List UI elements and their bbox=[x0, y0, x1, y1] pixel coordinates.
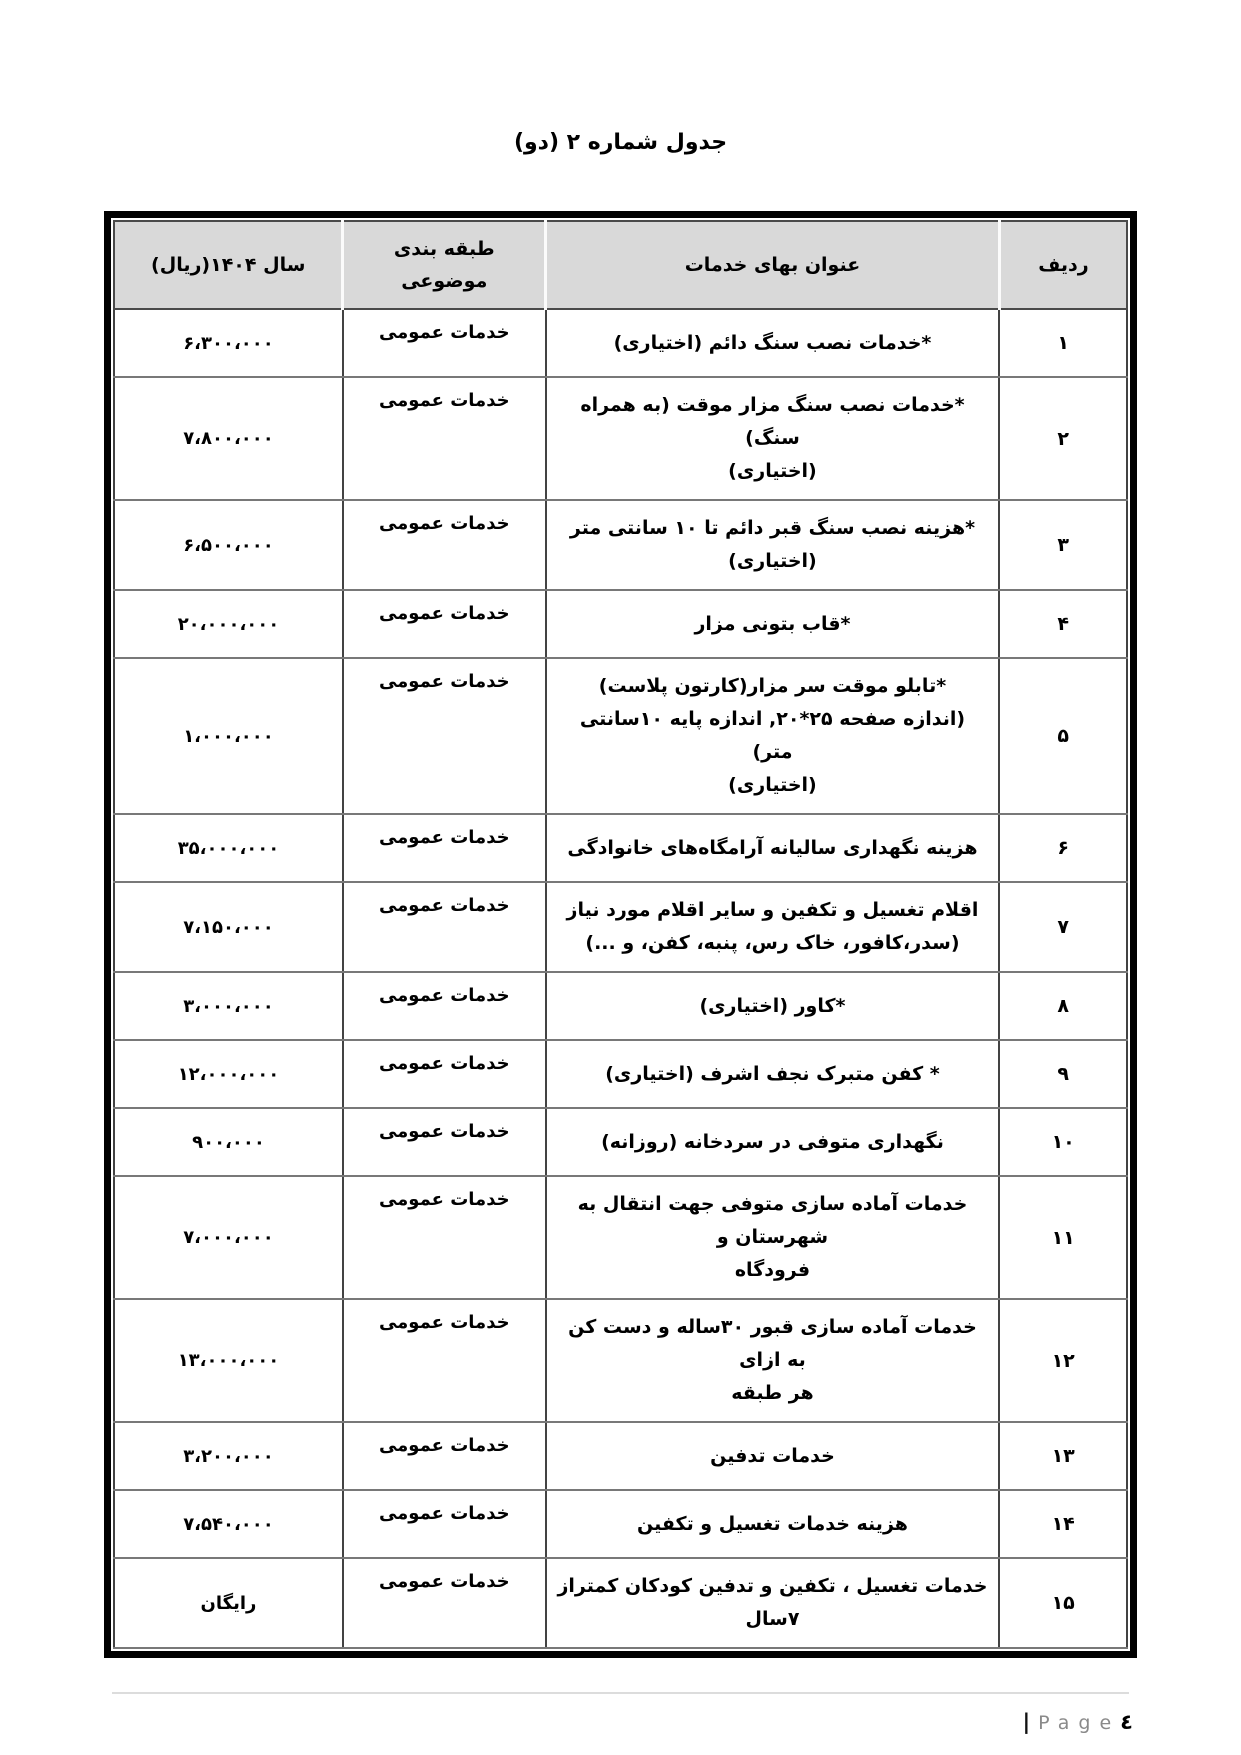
table-row: ۱۵خدمات تغسیل ، تکفین و تدفین کودکان کمت… bbox=[114, 1558, 1127, 1648]
cell-classification: خدمات عمومی bbox=[343, 309, 546, 377]
page-title: جدول شماره ۲ (دو) bbox=[104, 130, 1137, 155]
cell-classification: خدمات عمومی bbox=[343, 1422, 546, 1490]
cell-price: رایگان bbox=[114, 1558, 343, 1648]
cell-row-number: ۸ bbox=[999, 972, 1127, 1040]
cell-service-title: خدمات آماده سازی قبور ۳۰ساله و دست کن به… bbox=[546, 1299, 1000, 1422]
cell-price: ۶،۳۰۰،۰۰۰ bbox=[114, 309, 343, 377]
cell-row-number: ۱۵ bbox=[999, 1558, 1127, 1648]
header-row-number: ردیف bbox=[999, 221, 1127, 309]
cell-classification: خدمات عمومی bbox=[343, 590, 546, 658]
cell-price: ۱،۰۰۰،۰۰۰ bbox=[114, 658, 343, 814]
cell-row-number: ۲ bbox=[999, 377, 1127, 500]
cell-price: ۷،۸۰۰،۰۰۰ bbox=[114, 377, 343, 500]
table-row: ۱۰نگهداری متوفی در سردخانه (روزانه)خدمات… bbox=[114, 1108, 1127, 1176]
cell-service-title: هزینه خدمات تغسیل و تکفین bbox=[546, 1490, 1000, 1558]
cell-service-title: *کاور (اختیاری) bbox=[546, 972, 1000, 1040]
cell-price: ۷،۰۰۰،۰۰۰ bbox=[114, 1176, 343, 1299]
cell-row-number: ۱ bbox=[999, 309, 1127, 377]
cell-price: ۳،۲۰۰،۰۰۰ bbox=[114, 1422, 343, 1490]
cell-classification: خدمات عمومی bbox=[343, 972, 546, 1040]
table-body: ۱*خدمات نصب سنگ دائم (اختیاری)خدمات عموم… bbox=[114, 309, 1127, 1648]
cell-price: ۳،۰۰۰،۰۰۰ bbox=[114, 972, 343, 1040]
cell-row-number: ۳ bbox=[999, 500, 1127, 590]
header-classification-line1: طبقه بندی bbox=[345, 233, 543, 265]
header-row: ردیف عنوان بهای خدمات طبقه بندی موضوعی س… bbox=[114, 221, 1127, 309]
cell-classification: خدمات عمومی bbox=[343, 814, 546, 882]
table-row: ۳*هزینه نصب سنگ قبر دائم تا ۱۰ سانتی متر… bbox=[114, 500, 1127, 590]
cell-classification: خدمات عمومی bbox=[343, 1490, 546, 1558]
cell-service-title: خدمات تغسیل ، تکفین و تدفین کودکان کمترا… bbox=[546, 1558, 1000, 1648]
table-row: ۸*کاور (اختیاری)خدمات عمومی۳،۰۰۰،۰۰۰ bbox=[114, 972, 1127, 1040]
header-classification: طبقه بندی موضوعی bbox=[343, 221, 546, 309]
footer-pipe: | bbox=[1023, 1710, 1031, 1734]
table-row: ۷اقلام تغسیل و تکفین و سایر اقلام مورد ن… bbox=[114, 882, 1127, 972]
cell-row-number: ۶ bbox=[999, 814, 1127, 882]
cell-service-title: *قاب بتونی مزار bbox=[546, 590, 1000, 658]
table-frame: ردیف عنوان بهای خدمات طبقه بندی موضوعی س… bbox=[104, 211, 1137, 1658]
cell-price: ۶،۵۰۰،۰۰۰ bbox=[114, 500, 343, 590]
table-row: ۵*تابلو موقت سر مزار(کارتون پلاست) (اندا… bbox=[114, 658, 1127, 814]
table-row: ۱۴هزینه خدمات تغسیل و تکفینخدمات عمومی۷،… bbox=[114, 1490, 1127, 1558]
cell-classification: خدمات عمومی bbox=[343, 377, 546, 500]
header-classification-line2: موضوعی bbox=[345, 265, 543, 297]
cell-classification: خدمات عمومی bbox=[343, 1558, 546, 1648]
cell-price: ۲۰،۰۰۰،۰۰۰ bbox=[114, 590, 343, 658]
cell-classification: خدمات عمومی bbox=[343, 1108, 546, 1176]
cell-service-title: *خدمات نصب سنگ مزار موقت (به همراه سنگ) … bbox=[546, 377, 1000, 500]
cell-row-number: ۵ bbox=[999, 658, 1127, 814]
footer-page-number: ٤ bbox=[1120, 1710, 1133, 1734]
page-footer: |Page٤ bbox=[104, 1692, 1137, 1734]
cell-row-number: ۱۱ bbox=[999, 1176, 1127, 1299]
cell-classification: خدمات عمومی bbox=[343, 1040, 546, 1108]
cell-price: ۹۰۰،۰۰۰ bbox=[114, 1108, 343, 1176]
document-page: جدول شماره ۲ (دو) ردیف عنوان بهای خدمات … bbox=[0, 0, 1241, 1734]
cell-price: ۷،۵۴۰،۰۰۰ bbox=[114, 1490, 343, 1558]
services-price-table: ردیف عنوان بهای خدمات طبقه بندی موضوعی س… bbox=[113, 220, 1128, 1649]
cell-service-title: *هزینه نصب سنگ قبر دائم تا ۱۰ سانتی متر … bbox=[546, 500, 1000, 590]
table-row: ۲*خدمات نصب سنگ مزار موقت (به همراه سنگ)… bbox=[114, 377, 1127, 500]
cell-row-number: ۱۳ bbox=[999, 1422, 1127, 1490]
cell-service-title: *تابلو موقت سر مزار(کارتون پلاست) (انداز… bbox=[546, 658, 1000, 814]
cell-row-number: ۴ bbox=[999, 590, 1127, 658]
cell-classification: خدمات عمومی bbox=[343, 500, 546, 590]
cell-row-number: ۹ bbox=[999, 1040, 1127, 1108]
cell-price: ۷،۱۵۰،۰۰۰ bbox=[114, 882, 343, 972]
cell-classification: خدمات عمومی bbox=[343, 882, 546, 972]
table-row: ۱۳خدمات تدفینخدمات عمومی۳،۲۰۰،۰۰۰ bbox=[114, 1422, 1127, 1490]
cell-classification: خدمات عمومی bbox=[343, 658, 546, 814]
header-price-year: سال ۱۴۰۴(ریال) bbox=[114, 221, 343, 309]
table-header: ردیف عنوان بهای خدمات طبقه بندی موضوعی س… bbox=[114, 221, 1127, 309]
cell-service-title: هزینه نگهداری سالیانه آرامگاه‌های خانواد… bbox=[546, 814, 1000, 882]
cell-row-number: ۷ bbox=[999, 882, 1127, 972]
table-row: ۹* کفن متبرک نجف اشرف (اختیاری)خدمات عمو… bbox=[114, 1040, 1127, 1108]
cell-row-number: ۱۰ bbox=[999, 1108, 1127, 1176]
cell-price: ۳۵،۰۰۰،۰۰۰ bbox=[114, 814, 343, 882]
cell-service-title: * کفن متبرک نجف اشرف (اختیاری) bbox=[546, 1040, 1000, 1108]
table-row: ۱۱خدمات آماده سازی متوفی جهت انتقال به ش… bbox=[114, 1176, 1127, 1299]
table-row: ۶هزینه نگهداری سالیانه آرامگاه‌های خانوا… bbox=[114, 814, 1127, 882]
cell-price: ۱۳،۰۰۰،۰۰۰ bbox=[114, 1299, 343, 1422]
cell-price: ۱۲،۰۰۰،۰۰۰ bbox=[114, 1040, 343, 1108]
cell-service-title: *خدمات نصب سنگ دائم (اختیاری) bbox=[546, 309, 1000, 377]
cell-classification: خدمات عمومی bbox=[343, 1299, 546, 1422]
footer-page-label: Page bbox=[1038, 1712, 1120, 1734]
table-row: ۱*خدمات نصب سنگ دائم (اختیاری)خدمات عموم… bbox=[114, 309, 1127, 377]
cell-service-title: نگهداری متوفی در سردخانه (روزانه) bbox=[546, 1108, 1000, 1176]
cell-row-number: ۱۲ bbox=[999, 1299, 1127, 1422]
cell-service-title: خدمات آماده سازی متوفی جهت انتقال به شهر… bbox=[546, 1176, 1000, 1299]
cell-service-title: اقلام تغسیل و تکفین و سایر اقلام مورد نی… bbox=[546, 882, 1000, 972]
page-number-area: |Page٤ bbox=[104, 1694, 1137, 1734]
table-row: ۴*قاب بتونی مزارخدمات عمومی۲۰،۰۰۰،۰۰۰ bbox=[114, 590, 1127, 658]
cell-classification: خدمات عمومی bbox=[343, 1176, 546, 1299]
cell-row-number: ۱۴ bbox=[999, 1490, 1127, 1558]
table-row: ۱۲خدمات آماده سازی قبور ۳۰ساله و دست کن … bbox=[114, 1299, 1127, 1422]
header-service-title: عنوان بهای خدمات bbox=[546, 221, 1000, 309]
cell-service-title: خدمات تدفین bbox=[546, 1422, 1000, 1490]
